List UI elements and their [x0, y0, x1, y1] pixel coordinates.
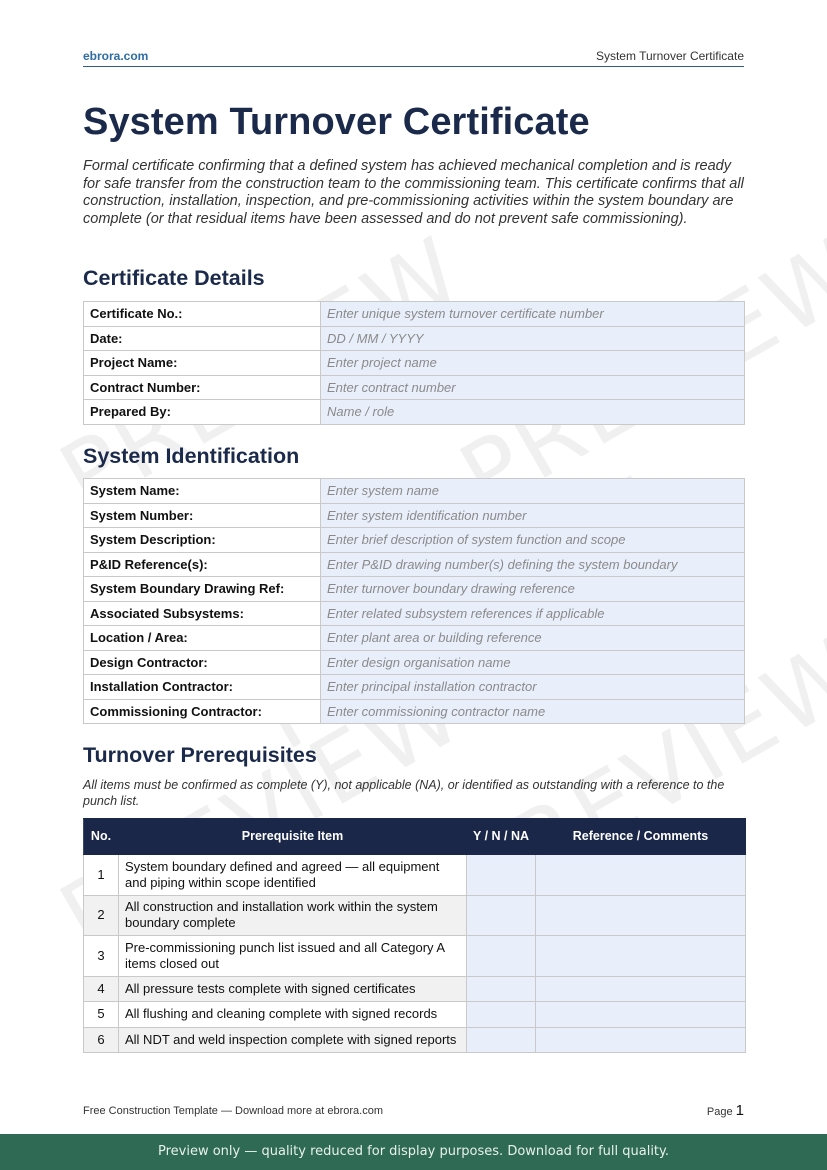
item-number: 3	[84, 936, 119, 977]
field-input[interactable]: Enter turnover boundary drawing referenc…	[321, 577, 745, 602]
section-heading-system-identification: System Identification	[83, 444, 299, 469]
column-header-item: Prerequisite Item	[119, 819, 467, 855]
field-input[interactable]: Enter contract number	[321, 375, 745, 400]
table-row: Contract Number:Enter contract number	[84, 375, 745, 400]
column-header-answer: Y / N / NA	[467, 819, 536, 855]
field-input[interactable]: Enter system name	[321, 479, 745, 504]
table-row: Associated Subsystems:Enter related subs…	[84, 601, 745, 626]
prerequisite-item: All NDT and weld inspection complete wit…	[119, 1027, 467, 1053]
item-number: 2	[84, 895, 119, 936]
field-label: Project Name:	[84, 351, 321, 376]
field-label: Installation Contractor:	[84, 675, 321, 700]
field-input[interactable]: Enter brief description of system functi…	[321, 528, 745, 553]
preview-banner: Preview only — quality reduced for displ…	[0, 1134, 827, 1170]
field-input[interactable]: Enter design organisation name	[321, 650, 745, 675]
table-row: Prepared By:Name / role	[84, 400, 745, 425]
answer-field[interactable]	[467, 1027, 536, 1053]
intro-paragraph: Formal certificate confirming that a def…	[83, 158, 751, 228]
page-number: Page 1	[707, 1102, 744, 1119]
column-header-reference: Reference / Comments	[536, 819, 746, 855]
reference-field[interactable]	[536, 1027, 746, 1053]
table-row: System Name:Enter system name	[84, 479, 745, 504]
field-label: Contract Number:	[84, 375, 321, 400]
field-label: Design Contractor:	[84, 650, 321, 675]
table-row: Certificate No.:Enter unique system turn…	[84, 302, 745, 327]
item-number: 1	[84, 855, 119, 896]
page-label: Page	[707, 1106, 733, 1118]
prerequisite-item: All pressure tests complete with signed …	[119, 976, 467, 1002]
field-input[interactable]: Enter project name	[321, 351, 745, 376]
table-row: System Description:Enter brief descripti…	[84, 528, 745, 553]
answer-field[interactable]	[467, 1002, 536, 1028]
header-document-name: System Turnover Certificate	[596, 49, 744, 63]
table-row: Commissioning Contractor:Enter commissio…	[84, 699, 745, 724]
item-number: 6	[84, 1027, 119, 1053]
field-label: System Description:	[84, 528, 321, 553]
field-input[interactable]: Enter principal installation contractor	[321, 675, 745, 700]
section-heading-turnover-prerequisites: Turnover Prerequisites	[83, 743, 317, 768]
field-label: System Boundary Drawing Ref:	[84, 577, 321, 602]
table-row: 5All flushing and cleaning complete with…	[84, 1002, 746, 1028]
reference-field[interactable]	[536, 976, 746, 1002]
table-row: System Boundary Drawing Ref:Enter turnov…	[84, 577, 745, 602]
prerequisite-item: Pre-commissioning punch list issued and …	[119, 936, 467, 977]
field-label: System Number:	[84, 503, 321, 528]
prerequisite-item: All flushing and cleaning complete with …	[119, 1002, 467, 1028]
reference-field[interactable]	[536, 1002, 746, 1028]
item-number: 4	[84, 976, 119, 1002]
answer-field[interactable]	[467, 855, 536, 896]
table-row: 4All pressure tests complete with signed…	[84, 976, 746, 1002]
field-label: P&ID Reference(s):	[84, 552, 321, 577]
reference-field[interactable]	[536, 936, 746, 977]
column-header-no: No.	[84, 819, 119, 855]
reference-field[interactable]	[536, 895, 746, 936]
running-header: ebrora.com System Turnover Certificate	[83, 48, 744, 67]
table-row: Installation Contractor:Enter principal …	[84, 675, 745, 700]
field-input[interactable]: Enter commissioning contractor name	[321, 699, 745, 724]
table-row: Design Contractor:Enter design organisat…	[84, 650, 745, 675]
field-input[interactable]: Enter P&ID drawing number(s) defining th…	[321, 552, 745, 577]
prerequisite-item: System boundary defined and agreed — all…	[119, 855, 467, 896]
answer-field[interactable]	[467, 895, 536, 936]
section-heading-certificate-details: Certificate Details	[83, 266, 265, 291]
table-row: 6All NDT and weld inspection complete wi…	[84, 1027, 746, 1053]
prerequisite-item: All construction and installation work w…	[119, 895, 467, 936]
field-label: Certificate No.:	[84, 302, 321, 327]
table-row: Project Name:Enter project name	[84, 351, 745, 376]
table-row: 1System boundary defined and agreed — al…	[84, 855, 746, 896]
item-number: 5	[84, 1002, 119, 1028]
table-row: System Number:Enter system identificatio…	[84, 503, 745, 528]
prerequisites-note: All items must be confirmed as complete …	[83, 777, 744, 809]
answer-field[interactable]	[467, 936, 536, 977]
reference-field[interactable]	[536, 855, 746, 896]
prerequisites-table: No. Prerequisite Item Y / N / NA Referen…	[83, 818, 746, 1053]
field-label: Date:	[84, 326, 321, 351]
field-label: Commissioning Contractor:	[84, 699, 321, 724]
table-row: Date:DD / MM / YYYY	[84, 326, 745, 351]
field-input[interactable]: Enter plant area or building reference	[321, 626, 745, 651]
field-input[interactable]: Enter related subsystem references if ap…	[321, 601, 745, 626]
field-input[interactable]: Name / role	[321, 400, 745, 425]
field-label: Associated Subsystems:	[84, 601, 321, 626]
page-title: System Turnover Certificate	[83, 101, 590, 144]
field-label: Location / Area:	[84, 626, 321, 651]
field-label: System Name:	[84, 479, 321, 504]
field-input[interactable]: DD / MM / YYYY	[321, 326, 745, 351]
answer-field[interactable]	[467, 976, 536, 1002]
page-number-value: 1	[736, 1102, 744, 1119]
table-header-row: No. Prerequisite Item Y / N / NA Referen…	[84, 819, 746, 855]
table-row: 2All construction and installation work …	[84, 895, 746, 936]
footer-text: Free Construction Template — Download mo…	[83, 1105, 383, 1117]
brand-link[interactable]: ebrora.com	[83, 49, 148, 63]
field-label: Prepared By:	[84, 400, 321, 425]
certificate-details-table: Certificate No.:Enter unique system turn…	[83, 301, 745, 425]
system-identification-table: System Name:Enter system nameSystem Numb…	[83, 478, 745, 724]
table-row: 3Pre-commissioning punch list issued and…	[84, 936, 746, 977]
table-row: P&ID Reference(s):Enter P&ID drawing num…	[84, 552, 745, 577]
table-row: Location / Area:Enter plant area or buil…	[84, 626, 745, 651]
field-input[interactable]: Enter unique system turnover certificate…	[321, 302, 745, 327]
field-input[interactable]: Enter system identification number	[321, 503, 745, 528]
